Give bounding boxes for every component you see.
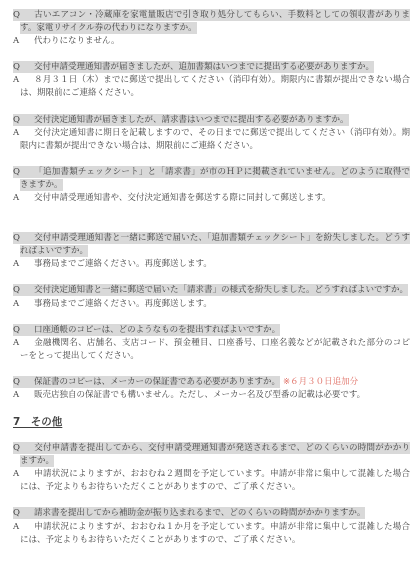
faq-answer-line: A申請状況によりますが、おおむね１か月を予定しています。申請が非常に集中して混雑… [0,521,416,534]
faq-block: Q交付申請受理通知書が届きましたが、追加書類はいつまでに提出する必要がありますか… [0,61,416,100]
a-marker: A [13,337,34,350]
q-marker: Q [13,166,34,179]
line-text: 交付申請書を提出してから、交付申請受理通知書が発送されるまで、どのくらいの時間が… [34,443,410,453]
added-date-note: ※６月３０日追加分 [283,377,358,387]
line-text: 古いエアコン・冷蔵庫を家電量販店で引き取り処分してもらい、手数料としての領収書が… [34,10,410,20]
faq-question-line: Q交付申請書を提出してから、交付申請受理通知書が発送されるまで、どのくらいの時間… [0,442,416,455]
answer-text: A事務局までご連絡ください。再度郵送します。 [13,259,212,269]
faq-question-line: Q交付決定通知書と一緒に郵送で届いた「請求書」の様式を紛失しました。どうすればよ… [0,284,416,297]
answer-text: 限内に書類が提出できない場合は、期限前にご連絡ください。 [20,141,258,151]
a-marker: A [13,35,34,48]
faq-block: Q請求書を提出してから補助金が振り込まれるまで、どのくらいの時間がかかりますか。… [0,507,416,546]
question-text: Q交付申請書を提出してから、交付申請受理通知書が発送されるまで、どのくらいの時間… [13,442,410,454]
a-marker: A [13,74,34,87]
faq-question-line: す。家電リサイクル券の代わりになりますか。 [0,22,416,35]
question-text: Q交付決定通知書が届きましたが、請求書はいつまでに提出する必要がありますか。 [13,114,349,126]
line-text: す。家電リサイクル券の代わりになりますか。 [20,23,197,33]
q-marker: Q [13,9,34,22]
line-text: 交付決定通知書が届きましたが、請求書はいつまでに提出する必要がありますか。 [34,115,349,125]
faq-answer-line: は、期限前にご連絡ください。 [0,87,416,100]
answer-text: A申請状況によりますが、おおむね１か月を予定しています。申請が非常に集中して混雑… [13,522,410,532]
q-marker: Q [13,61,34,74]
line-text: には、予定よりもお待ちいただくことがありますので、ご了承ください。 [20,535,300,545]
question-text: Q交付申請受理通知書と一緒に郵送で届いた、「追加書類チェックシート」を紛失しまし… [13,232,410,244]
line-text: 申請状況によりますが、おおむね２週間を予定しています。申請が非常に集中して混雑し… [34,469,410,479]
answer-text: ーをとって提出してください。 [20,351,139,361]
answer-text: には、予定よりもお待ちいただくことがありますので、ご了承ください。 [20,535,300,545]
question-text: Q古いエアコン・冷蔵庫を家電量販店で引き取り処分してもらい、手数料としての領収書… [13,9,410,21]
line-text: は、期限前にご連絡ください。 [20,88,139,98]
faq-question-line: Q「追加書類チェックシート」と「請求書」が市のＨＰに掲載されていません。どのよう… [0,166,416,179]
line-text: 事務局までご連絡ください。再度郵送します。 [34,299,212,309]
faq-block: Q交付申請書を提出してから、交付申請受理通知書が発送されるまで、どのくらいの時間… [0,442,416,494]
section-heading: 7 その他 [0,415,416,429]
a-marker: A [13,298,34,311]
faq-answer-line: には、予定よりもお待ちいただくことがありますので、ご了承ください。 [0,481,416,494]
a-marker: A [13,468,34,481]
faq-answer-line: A販売店独自の保証書でも構いません。ただし、メーカー名及び型番の記載は必要です。 [0,389,416,402]
faq-content: Q古いエアコン・冷蔵庫を家電量販店で引き取り処分してもらい、手数料としての領収書… [0,9,416,547]
q-marker: Q [13,114,34,127]
line-text: 保証書のコピーは、メーカーの保証書である必要がありますか。 [34,377,280,387]
q-marker: Q [13,376,34,389]
answer-text: A申請状況によりますが、おおむね２週間を予定しています。申請が非常に集中して混雑… [13,469,410,479]
faq-answer-line: A申請状況によりますが、おおむね２週間を予定しています。申請が非常に集中して混雑… [0,468,416,481]
answer-text: は、期限前にご連絡ください。 [20,88,139,98]
line-text: 代わりになりません。 [34,36,120,46]
line-text: 販売店独自の保証書でも構いません。ただし、メーカー名及び型番の記載は必要です。 [34,390,365,400]
faq-answer-line: A金融機関名、店舗名、支店コード、預金種目、口座番号、口座名義などが記載された部… [0,337,416,350]
line-text: 交付申請受理通知書や、交付決定通知書を郵送する際に同封して郵送します。 [34,193,331,203]
a-marker: A [13,127,34,140]
line-text: きますか。 [20,180,63,190]
line-text: ８月３１日（木）までに郵送で提出してください（消印有効）。期限内に書類が提出でき… [34,75,410,85]
question-text: Q「追加書類チェックシート」と「請求書」が市のＨＰに掲載されていません。どのよう… [13,166,410,178]
answer-text: A交付決定通知書に期日を記載しますので、その日までに郵送で提出してください（消印… [13,128,410,138]
line-text: 申請状況によりますが、おおむね１か月を予定しています。申請が非常に集中して混雑し… [34,522,410,532]
q-marker: Q [13,442,34,455]
faq-block: Q保証書のコピーは、メーカーの保証書である必要がありますか。※６月３０日追加分A… [0,376,416,402]
section-heading-text: 7 その他 [13,416,62,428]
question-text: す。家電リサイクル券の代わりになりますか。 [20,22,197,34]
faq-question-line: Q請求書を提出してから補助金が振り込まれるまで、どのくらいの時間がかかりますか。 [0,507,416,520]
line-text: 交付申請受理通知書が届きましたが、追加書類はいつまでに提出する必要がありますか。 [34,62,374,72]
line-text: 金融機関名、店舗名、支店コード、預金種目、口座番号、口座名義などが記載された部分… [34,338,410,348]
faq-answer-line: A代わりになりません。 [0,35,416,48]
faq-answer-line: A交付申請受理通知書や、交付決定通知書を郵送する際に同封して郵送します。 [0,192,416,205]
question-text: Q口座通帳のコピーは、どのようなものを提出すればよいですか。 [13,324,280,336]
faq-answer-line: A事務局までご連絡ください。再度郵送します。 [0,298,416,311]
q-marker: Q [13,232,34,245]
q-marker: Q [13,324,34,337]
line-text: には、予定よりもお待ちいただくことがありますので、ご了承ください。 [20,482,300,492]
line-text: 「追加書類チェックシート」と「請求書」が市のＨＰに掲載されていません。どのように… [34,167,410,177]
answer-text: A販売店独自の保証書でも構いません。ただし、メーカー名及び型番の記載は必要です。 [13,390,365,400]
line-text: 交付決定通知書と一緒に郵送で届いた「請求書」の様式を紛失しました。どうすればよい… [34,285,408,295]
a-marker: A [13,389,34,402]
a-marker: A [13,192,34,205]
faq-block: Q交付決定通知書と一緒に郵送で届いた「請求書」の様式を紛失しました。どうすればよ… [0,284,416,310]
faq-question-line: Q交付申請受理通知書が届きましたが、追加書類はいつまでに提出する必要がありますか… [0,61,416,74]
faq-question-line: Q古いエアコン・冷蔵庫を家電量販店で引き取り処分してもらい、手数料としての領収書… [0,9,416,22]
line-text: 交付申請受理通知書と一緒に郵送で届いた、「追加書類チェックシート」を紛失しました… [34,233,410,243]
question-text: Q請求書を提出してから補助金が振り込まれるまで、どのくらいの時間がかかりますか。 [13,507,365,519]
line-text: ますか。 [20,456,54,466]
line-text: ればよいですか。 [20,246,88,256]
question-text: Q保証書のコピーは、メーカーの保証書である必要がありますか。 [13,376,280,388]
question-text: きますか。 [20,179,63,191]
faq-document-page: Q古いエアコン・冷蔵庫を家電量販店で引き取り処分してもらい、手数料としての領収書… [0,0,416,577]
faq-answer-line: ーをとって提出してください。 [0,350,416,363]
faq-answer-line: A事務局までご連絡ください。再度郵送します。 [0,258,416,271]
a-marker: A [13,258,34,271]
faq-answer-line: A８月３１日（木）までに郵送で提出してください（消印有効）。期限内に書類が提出で… [0,74,416,87]
answer-text: A代わりになりません。 [13,36,120,46]
question-text: Q交付申請受理通知書が届きましたが、追加書類はいつまでに提出する必要がありますか… [13,61,374,73]
line-text: ーをとって提出してください。 [20,351,139,361]
line-text: 事務局までご連絡ください。再度郵送します。 [34,259,212,269]
a-marker: A [13,521,34,534]
faq-question-line: ればよいですか。 [0,245,416,258]
answer-text: には、予定よりもお待ちいただくことがありますので、ご了承ください。 [20,482,300,492]
question-text: Q交付決定通知書と一緒に郵送で届いた「請求書」の様式を紛失しました。どうすればよ… [13,284,408,296]
faq-question-line: ますか。 [0,455,416,468]
faq-answer-line: 限内に書類が提出できない場合は、期限前にご連絡ください。 [0,140,416,153]
faq-block: Q交付申請受理通知書と一緒に郵送で届いた、「追加書類チェックシート」を紛失しまし… [0,232,416,271]
answer-text: A金融機関名、店舗名、支店コード、預金種目、口座番号、口座名義などが記載された部… [13,338,410,348]
line-text: 限内に書類が提出できない場合は、期限前にご連絡ください。 [20,141,258,151]
faq-question-line: Q交付申請受理通知書と一緒に郵送で届いた、「追加書類チェックシート」を紛失しまし… [0,232,416,245]
answer-text: A交付申請受理通知書や、交付決定通知書を郵送する際に同封して郵送します。 [13,193,331,203]
faq-block: Q「追加書類チェックシート」と「請求書」が市のＨＰに掲載されていません。どのよう… [0,166,416,205]
line-text: 交付決定通知書に期日を記載しますので、その日までに郵送で提出してください（消印有… [34,128,410,138]
question-text: ればよいですか。 [20,245,88,257]
faq-question-line: Q口座通帳のコピーは、どのようなものを提出すればよいですか。 [0,324,416,337]
answer-text: A事務局までご連絡ください。再度郵送します。 [13,299,212,309]
faq-question-line: Q保証書のコピーは、メーカーの保証書である必要がありますか。※６月３０日追加分 [0,376,416,389]
q-marker: Q [13,284,34,297]
faq-block: Q口座通帳のコピーは、どのようなものを提出すればよいですか。A金融機関名、店舗名… [0,324,416,363]
faq-answer-line: には、予定よりもお待ちいただくことがありますので、ご了承ください。 [0,534,416,547]
faq-block: Q交付決定通知書が届きましたが、請求書はいつまでに提出する必要がありますか。A交… [0,114,416,153]
line-text: 請求書を提出してから補助金が振り込まれるまで、どのくらいの時間がかかりますか。 [34,508,365,518]
faq-question-line: Q交付決定通知書が届きましたが、請求書はいつまでに提出する必要がありますか。 [0,114,416,127]
question-text: ますか。 [20,455,54,467]
faq-block: Q古いエアコン・冷蔵庫を家電量販店で引き取り処分してもらい、手数料としての領収書… [0,9,416,48]
line-text: 口座通帳のコピーは、どのようなものを提出すればよいですか。 [34,325,280,335]
faq-question-line: きますか。 [0,179,416,192]
q-marker: Q [13,507,34,520]
answer-text: A８月３１日（木）までに郵送で提出してください（消印有効）。期限内に書類が提出で… [13,75,410,85]
faq-answer-line: A交付決定通知書に期日を記載しますので、その日までに郵送で提出してください（消印… [0,127,416,140]
